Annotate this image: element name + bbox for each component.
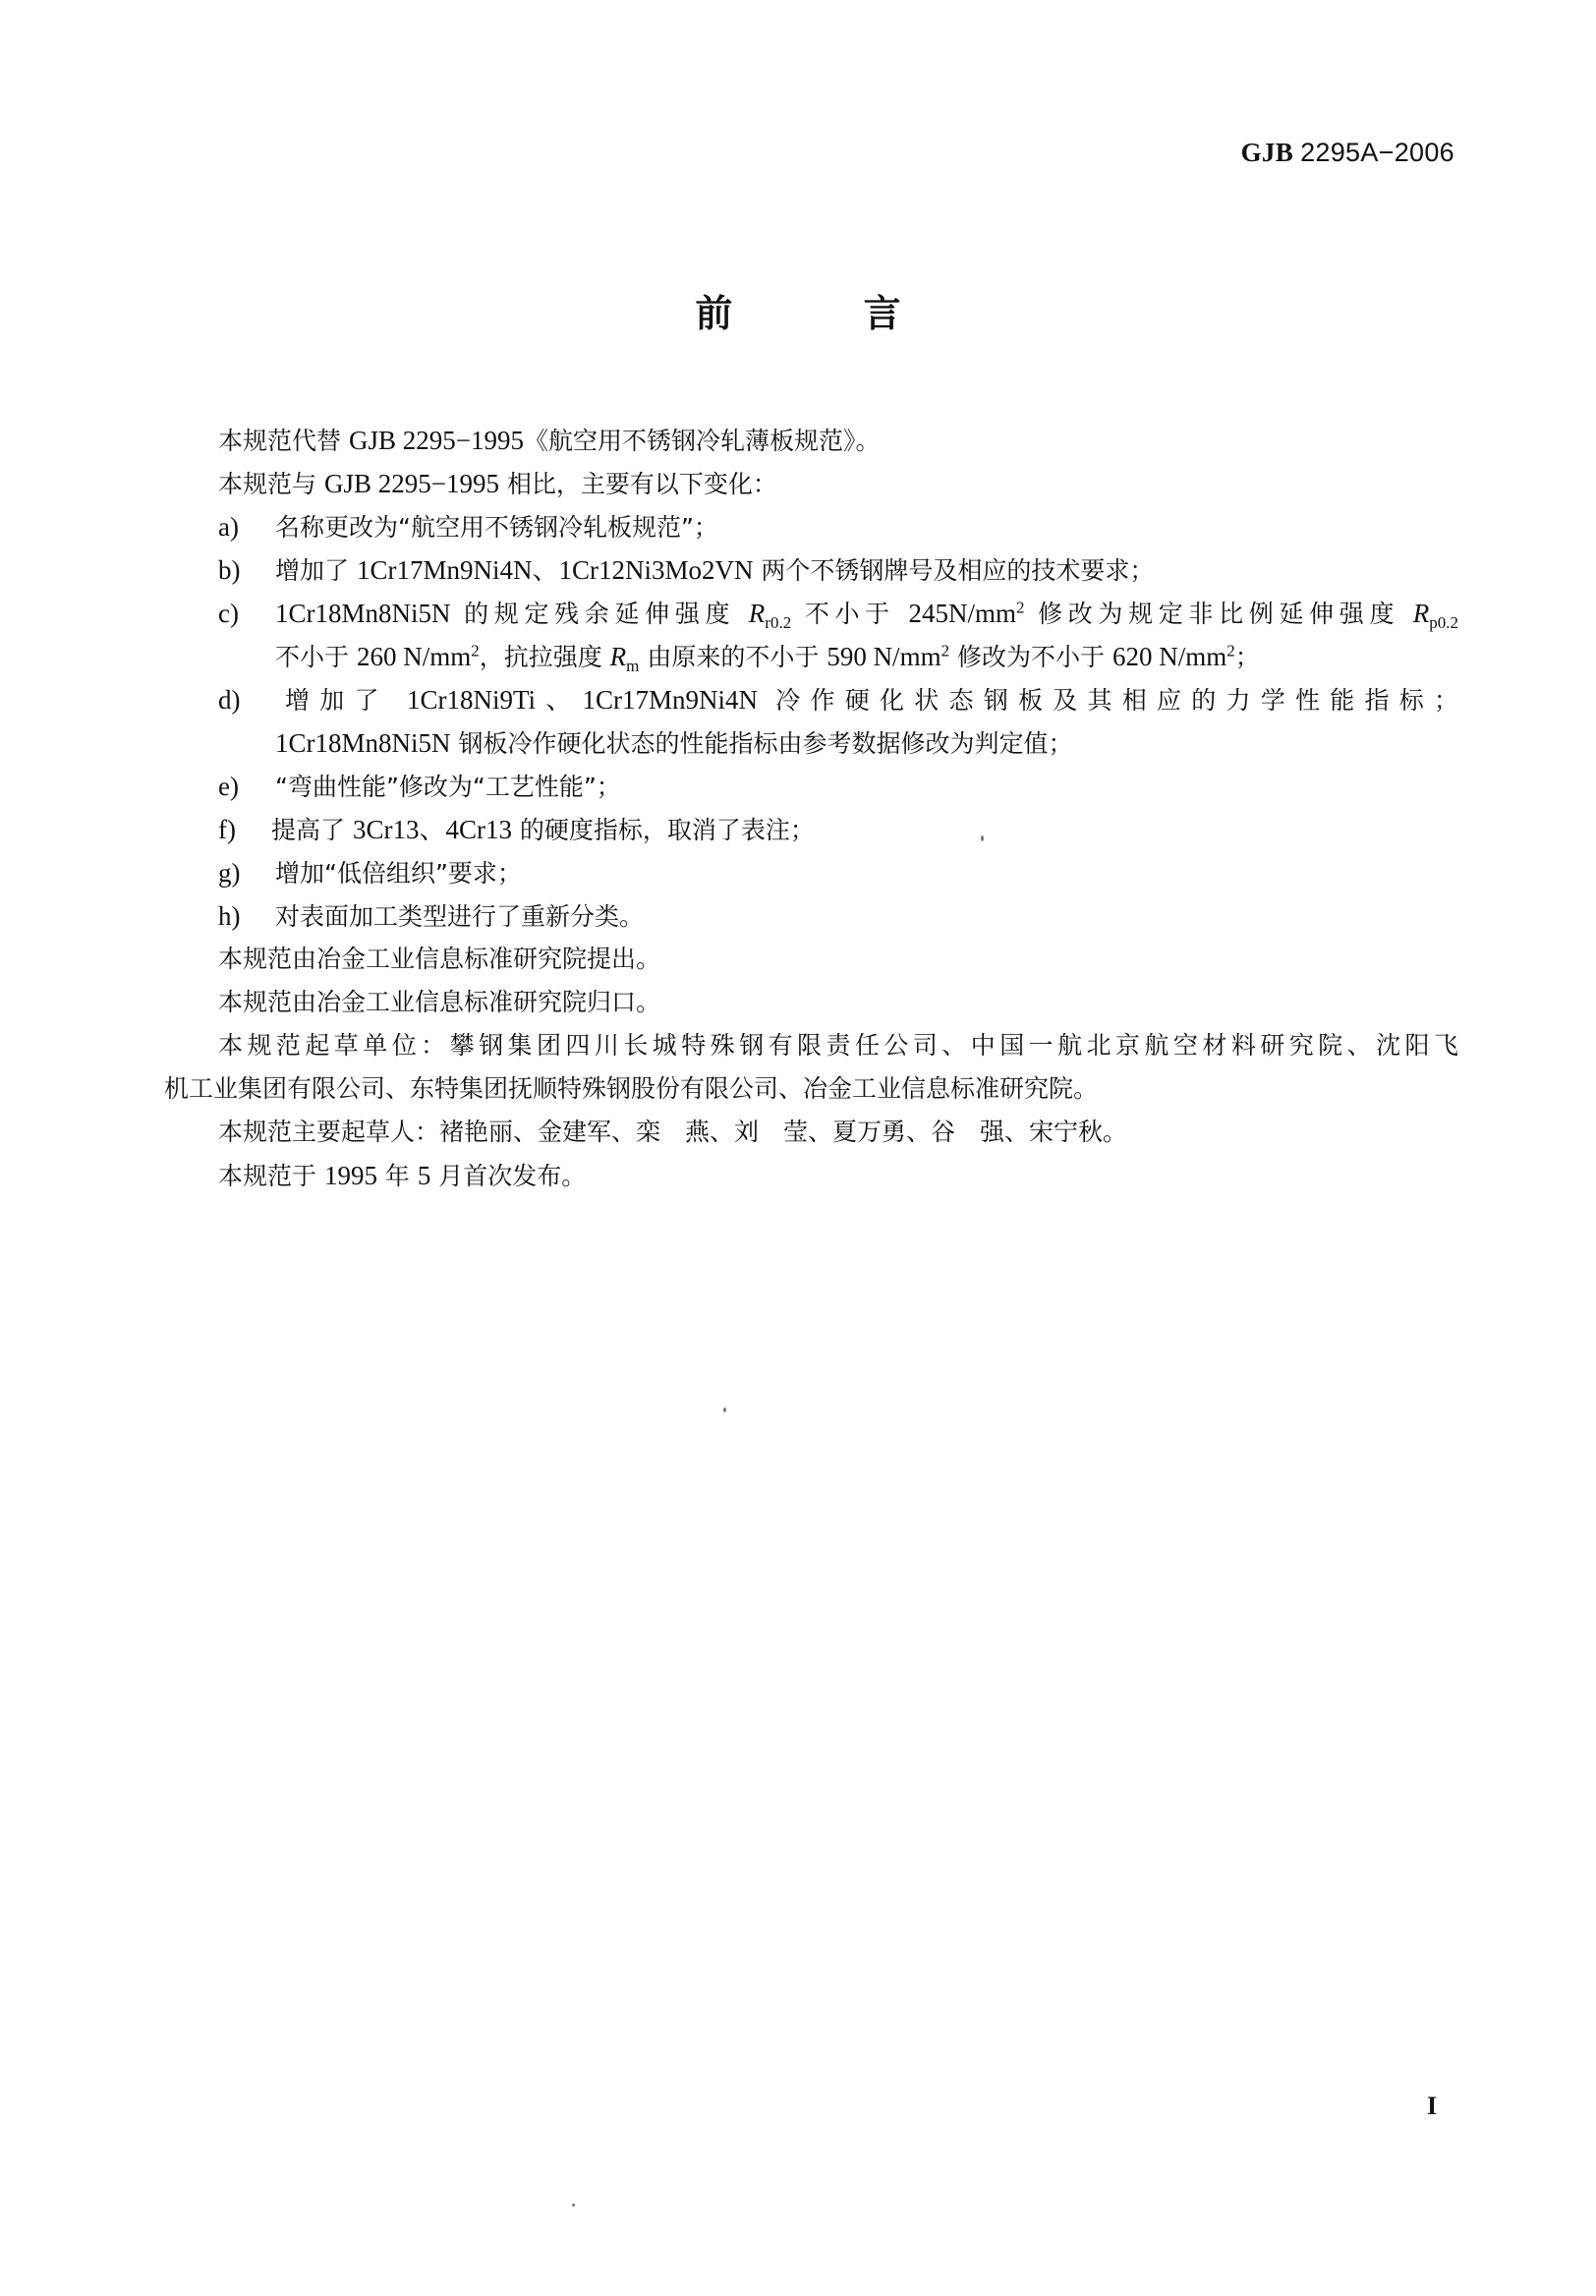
list-marker: b) xyxy=(218,548,275,592)
paragraph-jurisdiction: 本规范由冶金工业信息标准研究院归口。 xyxy=(218,981,1458,1024)
paragraph-changes-intro: 本规范与 GJB 2295−1995 相比，主要有以下变化： xyxy=(218,462,1458,505)
steel-grades: 1Cr18Ni9Ti、1Cr17Mn9Ni4N xyxy=(407,685,758,715)
steel-grades: 1Cr17Mn9Ni4N、1Cr12Ni3Mo2VN xyxy=(357,555,754,585)
standard-ref: GJB 2295−1995 xyxy=(349,426,524,455)
change-item-b: b) 增加了 1Cr17Mn9Ni4N、1Cr12Ni3Mo2VN 两个不锈钢牌… xyxy=(218,548,1458,592)
foreword-body: 本规范代替 GJB 2295−1995《航空用不锈钢冷轧薄板规范》。 本规范与 … xyxy=(218,419,1458,1197)
paragraph-proposed-by: 本规范由冶金工业信息标准研究院提出。 xyxy=(218,938,1458,981)
list-marker: d) xyxy=(218,678,275,721)
change-item-a: a) 名称更改为“航空用不锈钢冷轧板规范”； xyxy=(218,505,1458,548)
paragraph-replaces: 本规范代替 GJB 2295−1995《航空用不锈钢冷轧薄板规范》。 xyxy=(218,419,1458,462)
scan-speck xyxy=(723,1407,726,1412)
change-item-d-continued: 1Cr18Mn8Ni5N 钢板冷作硬化状态的性能指标由参考数据修改为判定值； xyxy=(218,721,1458,765)
page-number: I xyxy=(1427,2092,1437,2121)
change-item-h: h) 对表面加工类型进行了重新分类。 xyxy=(218,894,1458,938)
change-item-c: c) 1Cr18Mn8Ni5N 的规定残余延伸强度 Rr0.2 不小于 245N… xyxy=(218,592,1458,635)
list-marker: c) xyxy=(218,592,275,635)
paragraph-drafting-units: 本规范起草单位：攀钢集团四川长城特殊钢有限责任公司、中国一航北京航空材料研究院、… xyxy=(218,1024,1458,1067)
paragraph-drafters: 本规范主要起草人：褚艳丽、金建军、栾 燕、刘 莹、夏万勇、谷 强、宋宁秋。 xyxy=(218,1111,1458,1154)
list-marker: e) xyxy=(218,765,275,808)
paragraph-first-issue: 本规范于 1995 年 5 月首次发布。 xyxy=(218,1154,1458,1197)
change-item-f: f) 提高了 3Cr13、4Cr13 的硬度指标，取消了表注； xyxy=(218,808,1458,851)
list-marker: a) xyxy=(218,505,275,548)
change-item-e: e) “弯曲性能”修改为“工艺性能”； xyxy=(218,765,1458,808)
list-marker: f) xyxy=(218,808,271,851)
standard-ref: GJB 2295−1995 xyxy=(324,469,499,498)
standard-code: GJB 2295A−2006 xyxy=(1241,138,1454,168)
scan-speck xyxy=(981,835,984,841)
page-title: 前 言 xyxy=(0,283,1596,337)
change-item-g: g) 增加“低倍组织”要求； xyxy=(218,851,1458,894)
list-marker: g) xyxy=(218,851,275,894)
list-marker: h) xyxy=(218,894,275,938)
scan-speck xyxy=(572,2204,575,2207)
change-item-c-continued: 不小于 260 N/mm2，抗拉强度 Rm 由原来的不小于 590 N/mm2 … xyxy=(218,635,1458,678)
steel-grades: 3Cr13、4Cr13 xyxy=(353,815,512,844)
change-item-d: d) 增加了 1Cr18Ni9Ti、1Cr17Mn9Ni4N 冷作硬化状态钢板及… xyxy=(218,678,1458,721)
paragraph-drafting-units-continued: 机工业集团有限公司、东特集团抚顺特殊钢股份有限公司、冶金工业信息标准研究院。 xyxy=(164,1067,1458,1111)
standard-number: 2295A−2006 xyxy=(1300,138,1454,167)
standard-prefix: GJB xyxy=(1241,138,1293,167)
